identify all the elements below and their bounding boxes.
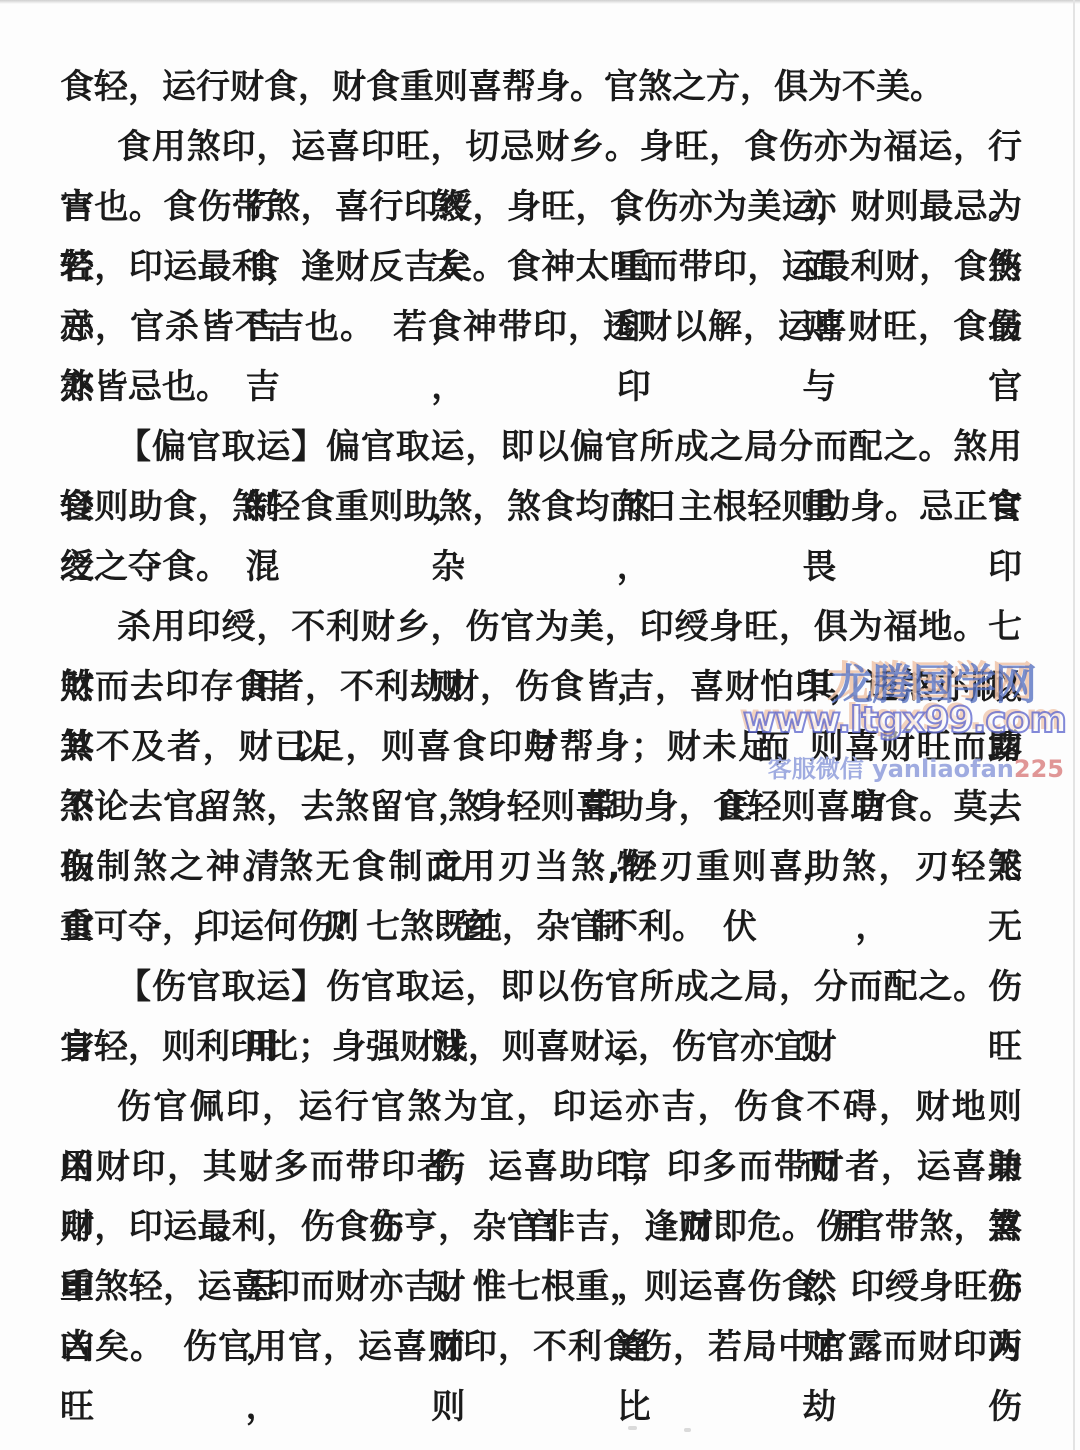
text-line: 【偏官取运】偏官取运，即以偏官所成之局分而配之。煞用食制，煞重食: [60, 417, 1022, 477]
text-line: 吉也。食伤带煞，喜行印绶，身旺，食伤亦为美运，财则最忌。若食太重而煞: [60, 177, 1022, 237]
text-line: 食轻，运行财食，财食重则喜帮身。官煞之方，俱为不美。: [60, 57, 1022, 117]
scan-speck: [628, 1426, 637, 1430]
text-line: 身轻，则利印比；身强财浅，则喜财运，伤官亦宜。: [60, 1017, 1022, 1077]
text-line: 财而去印存食者，不利劫财，伤食皆吉，喜财怕印，透煞亦顺。 其以财而助: [60, 657, 1022, 717]
scan-top-edge: [0, 0, 1080, 4]
text-line: 重煞轻，运喜印而财亦吉。惟七根重，则运喜伤食，印绶身旺亦吉，而逢财为: [60, 1257, 1022, 1317]
text-line: 轻，印运最利，逢财反吉矣。食神太旺而带印，运最利财，食伤亦吉，印则最: [60, 237, 1022, 297]
text-line: 忌，官杀皆不吉也。 若食神带印，透财以解，运喜财旺，食伤亦吉，印与官: [60, 297, 1022, 357]
text-line: 食用煞印，运喜印旺，切忌财乡。身旺，食伤亦为福运，行官行煞，亦为: [60, 117, 1022, 177]
text-line: 煞皆忌也。: [60, 357, 1022, 417]
text-line: 食可夺，印运何伤？七煞既纯，杂官不利。: [60, 897, 1022, 957]
document-page: 食轻，运行财食，财食重则喜帮身。官煞之方，俱为不美。食用煞印，运喜印旺，切忌财乡…: [0, 0, 1080, 1450]
text-line: 用财印，其财多而带印者，运喜助印，印多而带财者，运喜助财。伤官而用煞: [60, 1137, 1022, 1197]
text-line: 印，印运最利，伤食亦亨，杂官非吉，逢财即危。伤官带煞，喜印忌财，然伤: [60, 1197, 1022, 1257]
text-line: 煞不及者，财已足，则喜食印与帮身；财未足，则喜财旺而露煞。 煞带正官，: [60, 717, 1022, 777]
text-line: 伤制煞之神。煞无食制而用刃当煞,轻刃重则喜助煞，刃轻煞重，则宜制伏，无: [60, 837, 1022, 897]
text-line: 伤官佩印，运行官煞为宜，印运亦吉，伤食不碍，财地则凶。伤官而兼: [60, 1077, 1022, 1137]
text-line: 凶矣。 伤官用官，运喜财印，不利食伤，若局中官露而财印两旺，则比劫伤: [60, 1317, 1022, 1377]
text-line: 不论去官留煞，去煞留官，身轻则喜助身，食轻则喜助食。莫去取清之物，无: [60, 777, 1022, 837]
text-line: 轻则助食，煞轻食重则助煞，煞食均而日主根轻则助身。忌正官之混杂，畏印: [60, 477, 1022, 537]
text-line: 绶之夺食。: [60, 537, 1022, 597]
text-line: 杀用印绶，不利财乡，伤官为美，印绶身旺，俱为福地。七煞用财，其以: [60, 597, 1022, 657]
scan-speck: [684, 1428, 691, 1432]
scan-right-edge: [1073, 0, 1075, 1450]
text-line: 【伤官取运】伤官取运，即以伤官所成之局，分而配之。伤官用财，财旺: [60, 957, 1022, 1017]
